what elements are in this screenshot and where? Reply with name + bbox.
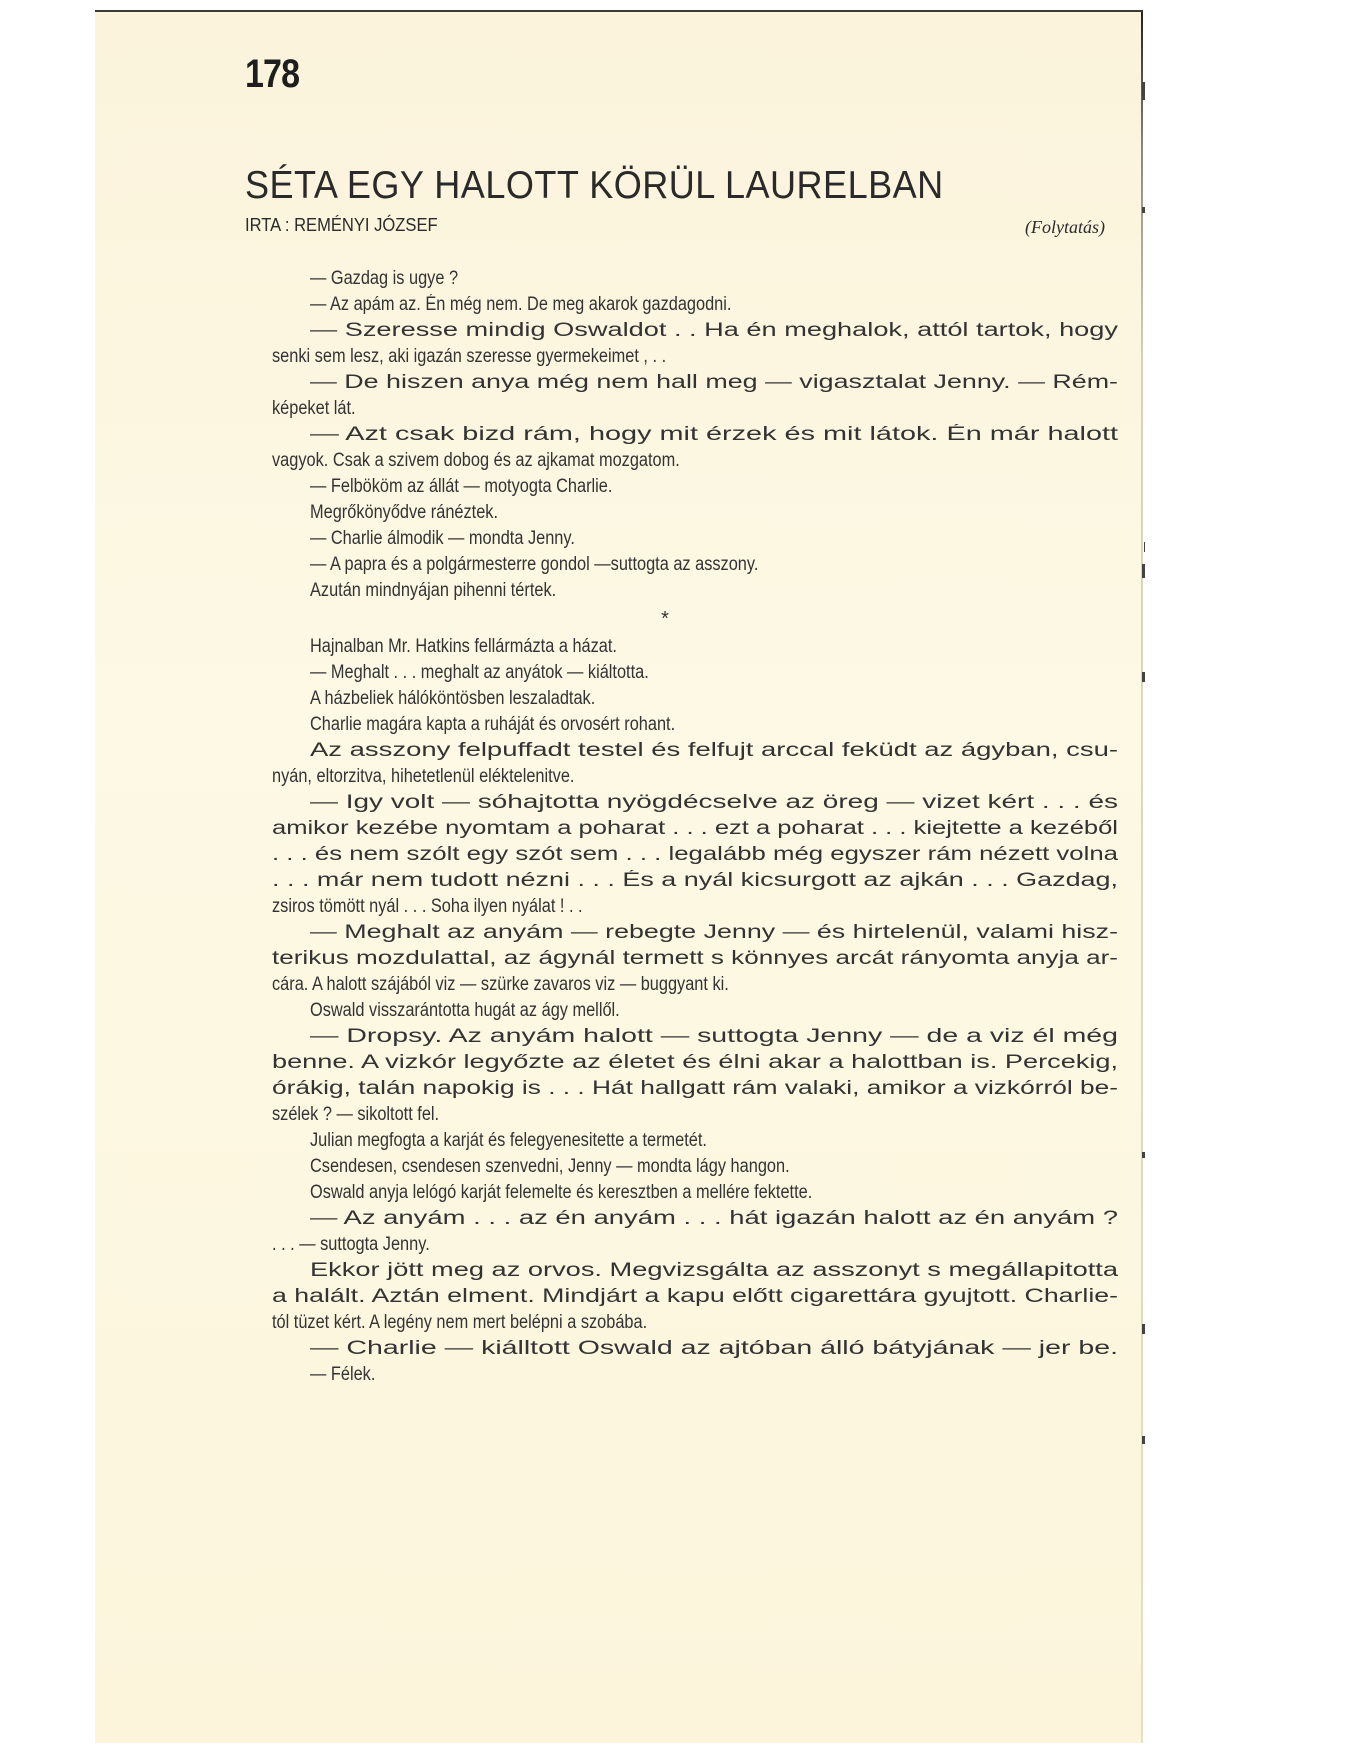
- text-line-content: — Felbököm az állát — motyogta Charlie.: [310, 474, 612, 500]
- text-line: Azután mindnyájan pihenni tértek.: [272, 578, 1118, 604]
- text-line: — A papra és a polgármesterre gondol —su…: [272, 552, 1118, 578]
- text-line: képeket lát.: [272, 396, 1118, 422]
- text-line: — Félek.: [272, 1362, 1118, 1388]
- text-line: Oswald anyja lelógó karját felemelte és …: [272, 1180, 1118, 1206]
- text-line: senki sem lesz, aki igazán szeresse gyer…: [272, 344, 1118, 370]
- text-line-content: Azután mindnyájan pihenni tértek.: [310, 578, 556, 604]
- text-line: . . . már nem tudott nézni . . . És a ny…: [272, 868, 1118, 894]
- text-line: — Az anyám . . . az én anyám . . . hát i…: [272, 1206, 1118, 1232]
- text-line-content: amikor kezébe nyomtam a poharat . . . ez…: [272, 816, 1118, 842]
- text-line: A házbeliek hálóköntösben leszaladtak.: [272, 686, 1118, 712]
- text-line-content: Hajnalban Mr. Hatkins fellármázta a háza…: [310, 634, 617, 660]
- text-line: szélek ? — sikoltott fel.: [272, 1102, 1118, 1128]
- text-line: Charlie magára kapta a ruháját és orvosé…: [272, 712, 1118, 738]
- text-line: tól tüzet kért. A legény nem mert belépn…: [272, 1310, 1118, 1336]
- text-line-content: Oswald visszarántotta hugát az ágy mellő…: [310, 998, 620, 1024]
- edge-mark: [1142, 207, 1145, 213]
- text-line-content: . . . már nem tudott nézni . . . És a ny…: [272, 868, 1118, 894]
- text-line: Julian megfogta a karját és felegyenesit…: [272, 1128, 1118, 1154]
- text-line: — Az apám az. Én még nem. De meg akarok …: [272, 292, 1118, 318]
- text-line-content: — Gazdag is ugye ?: [310, 266, 458, 292]
- text-line: — Charlie álmodik — mondta Jenny.: [272, 526, 1118, 552]
- section-separator: *: [272, 604, 1118, 634]
- text-line: — De hiszen anya még nem hall meg — viga…: [272, 370, 1118, 396]
- text-line: — Szeresse mindig Oswaldot . . Ha én meg…: [272, 318, 1118, 344]
- text-line-content: — Félek.: [310, 1362, 375, 1388]
- text-line-content: A házbeliek hálóköntösben leszaladtak.: [310, 686, 595, 712]
- text-line-content: Megrőkönyődve ránéztek.: [310, 500, 498, 526]
- text-line: amikor kezébe nyomtam a poharat . . . ez…: [272, 816, 1118, 842]
- text-line: Megrőkönyődve ránéztek.: [272, 500, 1118, 526]
- text-line-content: vagyok. Csak a szivem dobog és az ajkama…: [272, 448, 680, 474]
- text-line: nyán, eltorzitva, hihetetlenül eléktelen…: [272, 764, 1118, 790]
- author-line: IRTA : REMÉNYI JÓZSEF: [245, 215, 438, 236]
- text-line-content: tól tüzet kért. A legény nem mert belépn…: [272, 1310, 647, 1336]
- edge-mark: [1142, 1152, 1145, 1158]
- text-line-content: szélek ? — sikoltott fel.: [272, 1102, 439, 1128]
- text-line-content: Charlie magára kapta a ruháját és orvosé…: [310, 712, 675, 738]
- text-line-content: Ekkor jött meg az orvos. Megvizsgálta az…: [310, 1258, 1118, 1284]
- text-line: — Gazdag is ugye ?: [272, 266, 1118, 292]
- text-line-content: nyán, eltorzitva, hihetetlenül eléktelen…: [272, 764, 574, 790]
- text-line: vagyok. Csak a szivem dobog és az ajkama…: [272, 448, 1118, 474]
- text-line-content: — Igy volt — sóhajtotta nyögdécselve az …: [310, 790, 1118, 816]
- text-line-content: . . . — suttogta Jenny.: [272, 1232, 430, 1258]
- text-line: cára. A halott szájából viz — szürke zav…: [272, 972, 1118, 998]
- text-line: — Azt csak bizd rám, hogy mit érzek és m…: [272, 422, 1118, 448]
- body-section-2: Hajnalban Mr. Hatkins fellármázta a háza…: [272, 634, 1118, 1388]
- text-line-content: — A papra és a polgármesterre gondol —su…: [310, 552, 758, 578]
- text-line-content: Csendesen, csendesen szenvedni, Jenny — …: [310, 1154, 790, 1180]
- text-line: Oswald visszarántotta hugát az ágy mellő…: [272, 998, 1118, 1024]
- text-line: Hajnalban Mr. Hatkins fellármázta a háza…: [272, 634, 1118, 660]
- text-line-content: Az asszony felpuffadt testel és felfujt …: [310, 738, 1118, 764]
- edge-mark: [1142, 564, 1145, 578]
- text-line: — Igy volt — sóhajtotta nyögdécselve az …: [272, 790, 1118, 816]
- page-edge: [1141, 12, 1143, 1743]
- text-line-content: benne. A vizkór legyőzte az életet és él…: [272, 1050, 1118, 1076]
- edge-mark: [1142, 1436, 1145, 1444]
- text-line-content: — Meghalt . . . meghalt az anyátok — kiá…: [310, 660, 649, 686]
- text-line-content: terikus mozdulattal, az ágynál termett s…: [272, 946, 1118, 972]
- text-line-content: senki sem lesz, aki igazán szeresse gyer…: [272, 344, 666, 370]
- text-line-content: — Dropsy. Az anyám halott — suttogta Jen…: [310, 1024, 1118, 1050]
- text-line-content: — Az apám az. Én még nem. De meg akarok …: [310, 292, 731, 318]
- text-line-content: cára. A halott szájából viz — szürke zav…: [272, 972, 729, 998]
- text-line: — Charlie — kiálltott Oswald az ajtóban …: [272, 1336, 1118, 1362]
- text-line-content: a halált. Aztán elment. Mindjárt a kapu …: [272, 1284, 1118, 1310]
- edge-mark: [1144, 542, 1145, 552]
- text-line: . . . és nem szólt egy szót sem . . . le…: [272, 842, 1118, 868]
- text-line: Csendesen, csendesen szenvedni, Jenny — …: [272, 1154, 1118, 1180]
- text-line: — Felbököm az állát — motyogta Charlie.: [272, 474, 1118, 500]
- edge-mark: [1142, 82, 1145, 100]
- book-page: 178 SÉTA EGY HALOTT KÖRÜL LAURELBAN IRTA…: [95, 10, 1143, 1743]
- text-line-content: képeket lát.: [272, 396, 356, 422]
- text-line-content: órákig, talán napokig is . . . Hát hallg…: [272, 1076, 1118, 1102]
- article-title: SÉTA EGY HALOTT KÖRÜL LAURELBAN: [245, 164, 944, 208]
- edge-mark: [1142, 672, 1145, 682]
- text-line-content: — Az anyám . . . az én anyám . . . hát i…: [310, 1206, 1118, 1232]
- text-line: a halált. Aztán elment. Mindjárt a kapu …: [272, 1284, 1118, 1310]
- edge-mark: [1142, 1324, 1145, 1334]
- text-line-content: Oswald anyja lelógó karját felemelte és …: [310, 1180, 812, 1206]
- body-section-1: — Gazdag is ugye ?— Az apám az. Én még n…: [272, 266, 1118, 604]
- text-line: órákig, talán napokig is . . . Hát hallg…: [272, 1076, 1118, 1102]
- text-line-content: — Azt csak bizd rám, hogy mit érzek és m…: [310, 422, 1118, 448]
- text-line-content: — Meghalt az anyám — rebegte Jenny — és …: [310, 920, 1118, 946]
- text-line-content: zsiros tömött nyál . . . Soha ilyen nyál…: [272, 894, 583, 920]
- text-line: Ekkor jött meg az orvos. Megvizsgálta az…: [272, 1258, 1118, 1284]
- text-line-content: . . . és nem szólt egy szót sem . . . le…: [272, 842, 1118, 868]
- text-line-content: — Szeresse mindig Oswaldot . . Ha én meg…: [310, 318, 1118, 344]
- text-line-content: — De hiszen anya még nem hall meg — viga…: [310, 370, 1118, 396]
- byline: IRTA : REMÉNYI JÓZSEF (Folytatás): [245, 215, 1105, 239]
- text-line-content: — Charlie álmodik — mondta Jenny.: [310, 526, 575, 552]
- text-line-content: — Charlie — kiálltott Oswald az ajtóban …: [310, 1336, 1118, 1362]
- text-line: Az asszony felpuffadt testel és felfujt …: [272, 738, 1118, 764]
- continued-label: (Folytatás): [1025, 217, 1105, 238]
- text-line: benne. A vizkór legyőzte az életet és él…: [272, 1050, 1118, 1076]
- text-line: . . . — suttogta Jenny.: [272, 1232, 1118, 1258]
- page-number: 178: [245, 52, 299, 97]
- text-line: — Meghalt az anyám — rebegte Jenny — és …: [272, 920, 1118, 946]
- article-body: — Gazdag is ugye ?— Az apám az. Én még n…: [272, 266, 1118, 1388]
- text-line: — Dropsy. Az anyám halott — suttogta Jen…: [272, 1024, 1118, 1050]
- text-line: terikus mozdulattal, az ágynál termett s…: [272, 946, 1118, 972]
- text-line-content: Julian megfogta a karját és felegyenesit…: [310, 1128, 707, 1154]
- text-line: — Meghalt . . . meghalt az anyátok — kiá…: [272, 660, 1118, 686]
- text-line: zsiros tömött nyál . . . Soha ilyen nyál…: [272, 894, 1118, 920]
